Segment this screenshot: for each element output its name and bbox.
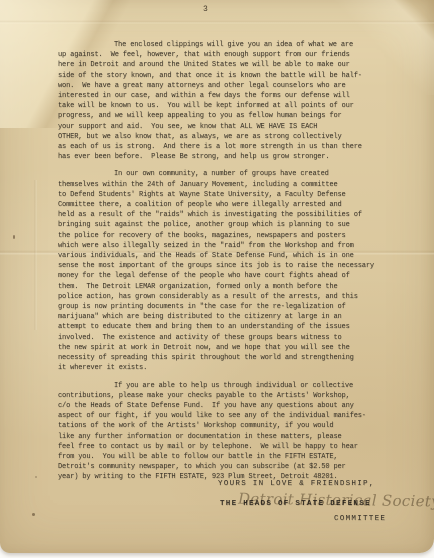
paper-speck bbox=[32, 513, 35, 516]
horizontal-crease-top bbox=[0, 20, 434, 24]
vertical-crease-left bbox=[34, 180, 37, 330]
letter-paragraph-3: If you are able to help us through indiv… bbox=[58, 381, 392, 483]
paper-speck bbox=[13, 235, 15, 239]
signature-line-1: THE HEADS OF STATE DEFENSE bbox=[220, 500, 371, 508]
watermark-detroit-historical-society: Detroit Historical Society bbox=[238, 490, 434, 511]
letter-paragraph-1: The enclosed clippings will give you an … bbox=[58, 40, 392, 162]
scan-background: 3 The enclosed clippings will give you a… bbox=[0, 0, 434, 558]
paper-speck bbox=[35, 476, 37, 478]
signature-line-2: COMMITTEE bbox=[334, 515, 386, 523]
letter-paragraph-2: In our own community, a number of groups… bbox=[58, 169, 392, 373]
letter-body: The enclosed clippings will give you an … bbox=[58, 40, 392, 490]
page-number: 3 bbox=[203, 5, 208, 14]
letter-page: 3 The enclosed clippings will give you a… bbox=[0, 0, 434, 553]
